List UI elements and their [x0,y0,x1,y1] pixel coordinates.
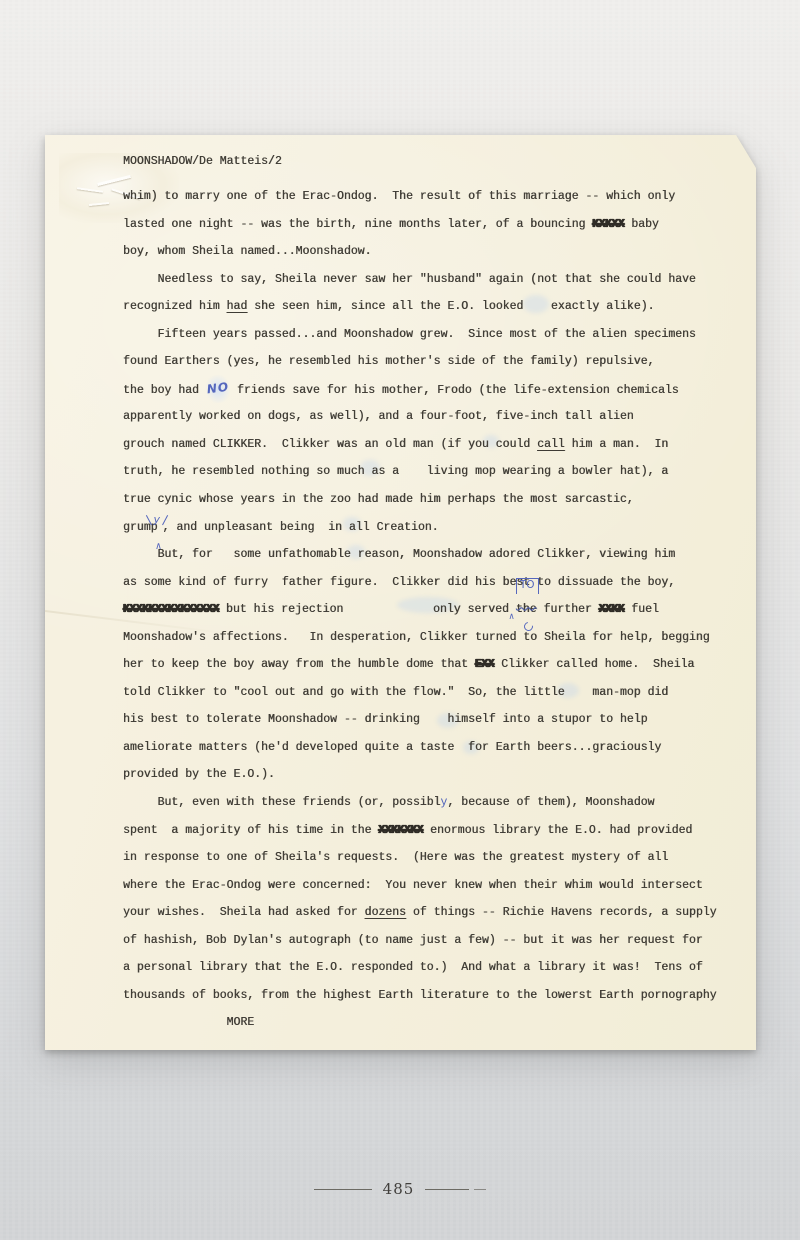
typescript-line: Fifteen years passed...and Moonshadow gr… [123,321,717,349]
typescript-line: the boy had NO friends save for his moth… [123,376,717,404]
typescript-line: ameliorate matters (he'd developed quite… [123,734,717,762]
typescript-line: KXXKKXXKXKXXXXX but his rejection only s… [123,596,717,624]
manuscript-page-wrap: MOONSHADOW/De Matteis/2 whim) to marry o… [45,135,756,1050]
typescript-line: whim) to marry one of the Erac-Ondog. Th… [123,183,717,211]
document-header: MOONSHADOW/De Matteis/2 [123,151,282,173]
typescript-line: your wishes. Sheila had asked for dozens… [123,899,717,927]
typescript-line: his best to tolerate Moonshadow -- drink… [123,706,717,734]
page-number-rule-left [314,1189,372,1190]
typescript-line: Needless to say, Sheila never saw her "h… [123,266,717,294]
typed-lines: whim) to marry one of the Erac-Ondog. Th… [123,183,717,1037]
page-number-row: 485 [0,1180,800,1198]
typescript-line: told Clikker to "cool out and go with th… [123,679,717,707]
typescript-line: found Earthers (yes, he resembled his mo… [123,348,717,376]
typescript-line: true cynic whose years in the zoo had ma… [123,486,717,514]
typescript-line: grouch named CLIKKER. Clikker was an old… [123,431,717,459]
typescript-line: grumpy∧, and unpleasant being in all Cre… [123,514,717,542]
manuscript-page: MOONSHADOW/De Matteis/2 whim) to marry o… [45,135,756,1050]
typescript-line: But, even with these friends (or, possib… [123,789,717,817]
typescript-line: spent a majority of his time in the XXKK… [123,817,717,845]
typescript-line: boy, whom Sheila named...Moonshadow. [123,238,717,266]
typescript-line: But, for some unfathomable reason, Moons… [123,541,717,569]
typescript-line: a personal library that the E.O. respond… [123,954,717,982]
typescript-line: Moonshadow's affections. In desperation,… [123,624,717,652]
typescript-line: thousands of books, from the highest Ear… [123,982,717,1010]
typescript-line: her to keep the boy away from the humble… [123,651,717,679]
typescript-line: truth, he resembled nothing so much as a… [123,458,717,486]
typescript-line: provided by the E.O.). [123,761,717,789]
page-number-rule-right [425,1189,469,1190]
page-number-rule-right-2 [474,1189,486,1190]
typescript-line: in response to one of Sheila's requests.… [123,844,717,872]
typescript-line: apparently worked on dogs, as well), and… [123,403,717,431]
typescript-line: recognized him had she seen him, since a… [123,293,717,321]
typescript-line: lasted one night -- was the birth, nine … [123,211,717,239]
strikeout-replacement: theTO [516,596,537,624]
handwritten-correction: NO [204,373,231,403]
typescript-line: as some kind of furry father figure. Cli… [123,569,717,597]
scan-background: { "page": { "header": "MOONSHADOW/De Mat… [0,0,800,1240]
typescript-line: MORE [123,1009,717,1037]
typescript-line: of hashish, Bob Dylan's autograph (to na… [123,927,717,955]
typescript-line: where the Erac-Ondog were concerned: You… [123,872,717,900]
page-number: 485 [383,1180,415,1198]
